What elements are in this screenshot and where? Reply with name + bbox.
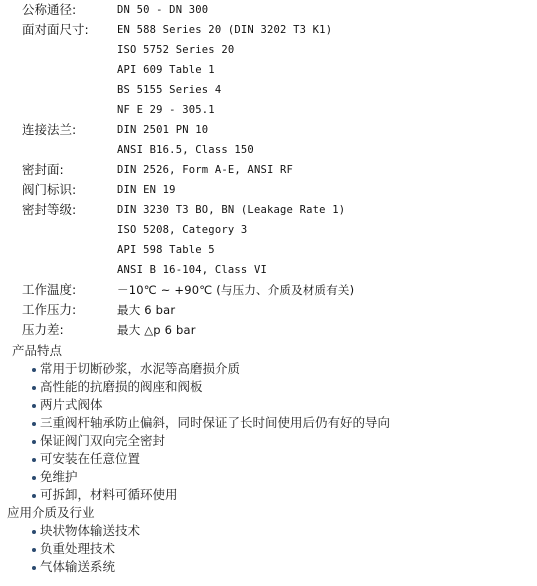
bullet-icon (32, 548, 36, 552)
spec-value: API 609 Table 1 (117, 60, 215, 80)
spec-value: ANSI B 16-104, Class VI (117, 260, 267, 280)
spec-label: 阀门标识: (22, 180, 76, 200)
list-item: 三重阀杆轴承防止偏斜，同时保证了长时间使用后仍有好的导向 (32, 414, 390, 432)
spec-value: DIN 2501 PN 10 (117, 120, 208, 140)
spec-label: 面对面尺寸: (22, 20, 89, 40)
spec-label: 公称通径: (22, 0, 76, 20)
bullet-icon (32, 566, 36, 570)
list-item: 气体输送系统 (32, 558, 140, 576)
spec-value: DIN 2526, Form A-E, ANSI RF (117, 160, 293, 180)
bullet-icon (32, 476, 36, 480)
bullet-icon (32, 368, 36, 372)
list-item: 高性能的抗磨损的阀座和阀板 (32, 378, 390, 396)
spec-label: 压力差: (22, 320, 64, 340)
spec-label: 工作温度: (22, 280, 76, 300)
bullet-icon (32, 530, 36, 534)
bullet-icon (32, 404, 36, 408)
spec-value: 最大 △p 6 bar (117, 320, 196, 340)
spec-value: EN 588 Series 20 (DIN 3202 T3 K1) (117, 20, 332, 40)
spec-value: DN 50 - DN 300 (117, 0, 208, 20)
spec-label: 工作压力: (22, 300, 76, 320)
bullet-icon (32, 440, 36, 444)
list-item: 保证阀门双向完全密封 (32, 432, 390, 450)
spec-value: －10℃ ~ +90℃ (与压力、介质及材质有关) (117, 280, 354, 300)
spec-label: 连接法兰: (22, 120, 76, 140)
list-item: 可拆卸，材料可循环使用 (32, 486, 390, 504)
applications-list: 块状物体输送技术 负重处理技术 气体输送系统 (32, 522, 140, 576)
spec-label: 密封等级: (22, 200, 76, 220)
applications-heading: 应用介质及行业 (7, 504, 95, 522)
list-item: 可安装在任意位置 (32, 450, 390, 468)
spec-value: API 598 Table 5 (117, 240, 215, 260)
bullet-icon (32, 422, 36, 426)
bullet-icon (32, 494, 36, 498)
features-heading: 产品特点 (12, 342, 62, 360)
bullet-icon (32, 386, 36, 390)
list-item: 负重处理技术 (32, 540, 140, 558)
spec-value: DIN EN 19 (117, 180, 176, 200)
spec-value: DIN 3230 T3 BO, BN (Leakage Rate 1) (117, 200, 345, 220)
spec-value: ISO 5752 Series 20 (117, 40, 234, 60)
bullet-icon (32, 458, 36, 462)
spec-label: 密封面: (22, 160, 64, 180)
spec-value: 最大 6 bar (117, 300, 175, 320)
list-item: 块状物体输送技术 (32, 522, 140, 540)
features-list: 常用于切断砂浆，水泥等高磨损介质 高性能的抗磨损的阀座和阀板 两片式阀体 三重阀… (32, 360, 390, 504)
list-item: 两片式阀体 (32, 396, 390, 414)
list-item: 常用于切断砂浆，水泥等高磨损介质 (32, 360, 390, 378)
spec-value: ANSI B16.5, Class 150 (117, 140, 254, 160)
list-item: 免维护 (32, 468, 390, 486)
spec-value: NF E 29 - 305.1 (117, 100, 215, 120)
spec-value: ISO 5208, Category 3 (117, 220, 247, 240)
spec-value: BS 5155 Series 4 (117, 80, 221, 100)
